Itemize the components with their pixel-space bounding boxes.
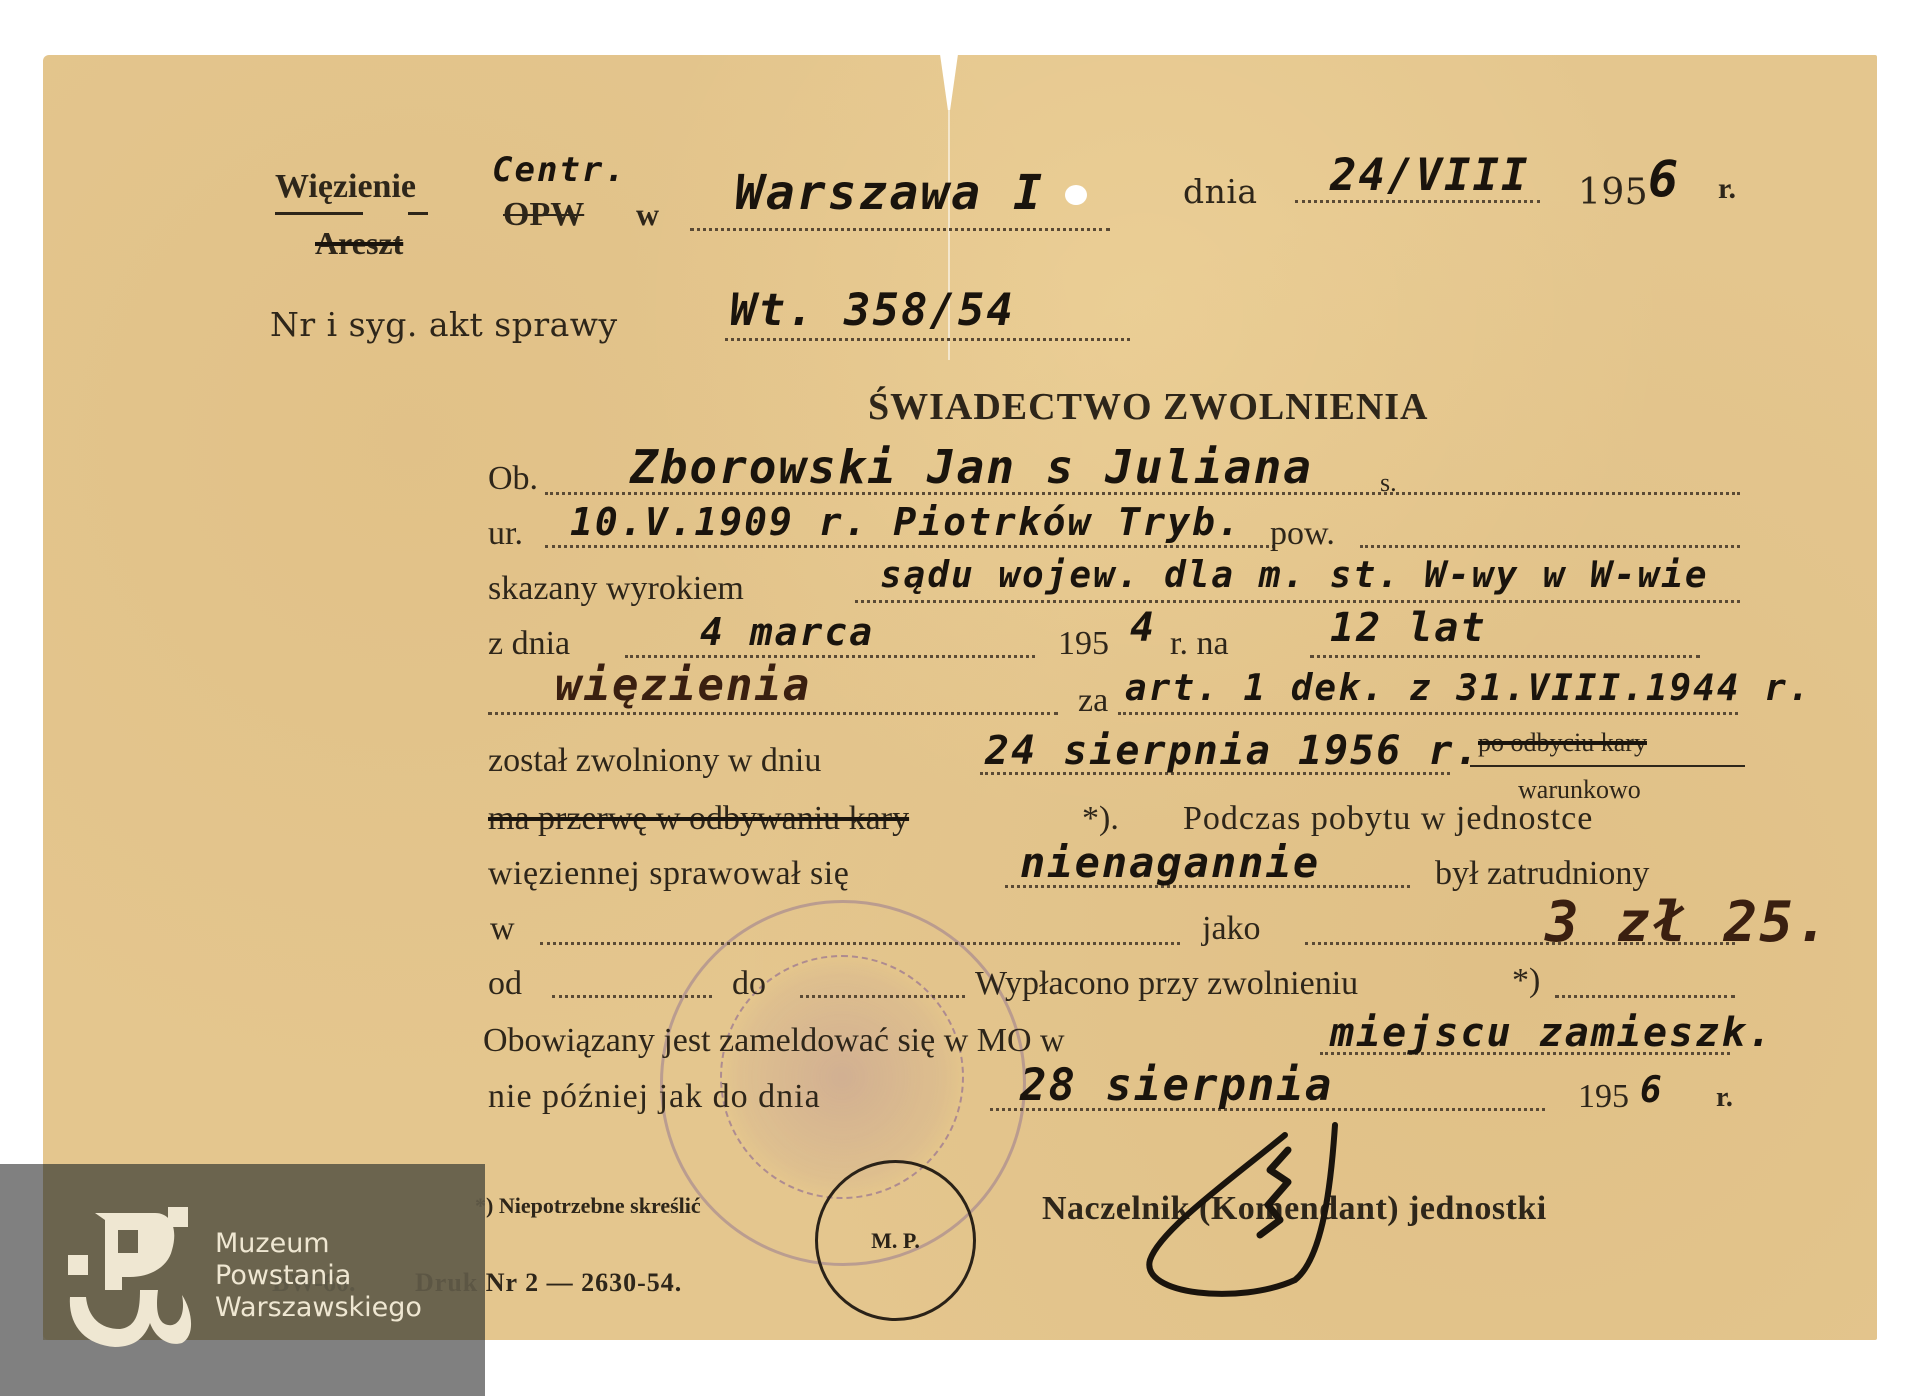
wiezienna-label: więziennej sprawował się bbox=[488, 855, 849, 893]
mp-stamp-circle: M. P. bbox=[815, 1160, 976, 1321]
do-label: do bbox=[732, 965, 766, 1003]
document-title: ŚWIADECTWO ZWOLNIENIA bbox=[868, 385, 1429, 429]
ob-handwritten: Zborowski Jan s Juliana bbox=[630, 440, 1313, 494]
jako-label: jako bbox=[1202, 910, 1261, 948]
nie-pozniej-label: nie później jak do dnia bbox=[488, 1078, 821, 1116]
opw-label: OPW bbox=[503, 196, 584, 234]
r-na-label: r. na bbox=[1170, 625, 1229, 663]
ob-label: Ob. bbox=[488, 460, 538, 498]
za-handwritten: art. 1 dek. z 31.VIII.1944 r. bbox=[1125, 668, 1812, 709]
kotwica-anchor-logo-icon bbox=[60, 1205, 200, 1355]
w-line bbox=[540, 942, 1180, 945]
date-label: dnia bbox=[1183, 172, 1258, 211]
ur-label: ur. bbox=[488, 515, 523, 553]
city-handwritten: Warszawa I bbox=[735, 165, 1044, 221]
z-dnia-year-printed: 195 bbox=[1058, 625, 1109, 663]
w-label: w bbox=[490, 910, 515, 948]
za-line bbox=[1118, 712, 1738, 715]
sentence-line bbox=[488, 712, 1058, 715]
wyplacono-label: Wypłacono przy zwolnieniu bbox=[975, 965, 1358, 1003]
sprawowal-handwritten: nienagannie bbox=[1020, 838, 1320, 887]
skazany-line bbox=[855, 600, 1740, 603]
na-handwritten: 12 lat bbox=[1330, 605, 1487, 651]
date-handwritten: 24/VIII bbox=[1330, 150, 1529, 201]
wyplacono-line bbox=[1555, 995, 1735, 998]
signature-scrawl bbox=[1120, 1120, 1440, 1300]
year-printed: 195 bbox=[1578, 172, 1648, 213]
case-line bbox=[725, 338, 1130, 341]
zwolniony-label: został zwolniony w dniu bbox=[488, 742, 821, 780]
z-dnia-handwritten: 4 marca bbox=[700, 610, 874, 654]
museum-name-line1: Muzeum bbox=[215, 1228, 422, 1260]
paper-hole bbox=[1065, 185, 1087, 205]
case-label: Nr i syg. akt sprawy bbox=[270, 305, 618, 344]
po-odbyciu-struck: po odbyciu kary bbox=[1478, 728, 1647, 758]
museum-name-line3: Warszawskiego bbox=[215, 1292, 422, 1324]
wyplacono-ref: *) bbox=[1512, 962, 1540, 1000]
nie-pozniej-year-handwritten: 6 bbox=[1640, 1070, 1664, 1111]
do-line bbox=[800, 995, 965, 998]
zwolniony-handwritten: 24 sierpnia 1956 r. bbox=[985, 728, 1481, 774]
z-dnia-line bbox=[625, 655, 1035, 658]
skazany-label: skazany wyrokiem bbox=[488, 570, 744, 608]
obowiazany-label: Obowiązany jest zameldować się w MO w bbox=[483, 1022, 1065, 1060]
sentence-type-handwritten: więzienia bbox=[555, 660, 811, 711]
institution-label: Więzienie bbox=[275, 168, 416, 206]
zatrudniony-label: był zatrudniony bbox=[1435, 855, 1649, 893]
footnote-ref-1: *). bbox=[1082, 800, 1119, 838]
year-suffix: r. bbox=[1718, 172, 1736, 206]
nie-pozniej-handwritten: 28 sierpnia bbox=[1020, 1060, 1333, 1111]
ur-line bbox=[545, 545, 1275, 548]
skazany-handwritten: sądu wojew. dla m. st. W-wy w W-wie bbox=[880, 555, 1709, 596]
nie-pozniej-suffix: r. bbox=[1716, 1082, 1733, 1114]
z-dnia-year-handwritten: 4 bbox=[1130, 605, 1156, 651]
warunkowo-rule bbox=[1470, 765, 1745, 767]
museum-name-line2: Powstania bbox=[215, 1260, 422, 1292]
ur-handwritten: 10.V.1909 r. Piotrków Tryb. bbox=[570, 500, 1242, 544]
case-handwritten: Wt. 358/54 bbox=[730, 285, 1015, 336]
pow-line bbox=[1360, 545, 1740, 548]
in-label: w bbox=[636, 196, 659, 233]
nie-pozniej-year-printed: 195 bbox=[1578, 1078, 1629, 1116]
za-label: za bbox=[1078, 682, 1108, 720]
od-line bbox=[552, 995, 712, 998]
obowiazany-handwritten: miejscu zamieszk. bbox=[1330, 1010, 1773, 1056]
museum-name: Muzeum Powstania Warszawskiego bbox=[215, 1228, 422, 1324]
opw-handwritten: Centr. bbox=[492, 150, 627, 190]
od-label: od bbox=[488, 965, 522, 1003]
s-label: s. bbox=[1380, 468, 1397, 498]
year-handwritten: 6 bbox=[1648, 150, 1680, 208]
przerwa-struck: ma przerwę w odbywaniu kary bbox=[488, 800, 909, 838]
na-line bbox=[1310, 655, 1700, 658]
podczas-label: Podczas pobytu w jednostce bbox=[1183, 800, 1593, 838]
jako-handwritten: 3 zł 25. bbox=[1545, 890, 1831, 955]
z-dnia-label: z dnia bbox=[488, 625, 570, 663]
city-line bbox=[690, 228, 1110, 231]
institution-alt-struck: Areszt bbox=[315, 225, 403, 262]
header-rule-right bbox=[408, 212, 428, 215]
mp-stamp-label: M. P. bbox=[871, 1228, 920, 1254]
pow-label: pow. bbox=[1270, 515, 1335, 553]
footnote-text: *) Niepotrzebne skreślić bbox=[475, 1193, 701, 1219]
header-rule-left bbox=[275, 212, 363, 215]
